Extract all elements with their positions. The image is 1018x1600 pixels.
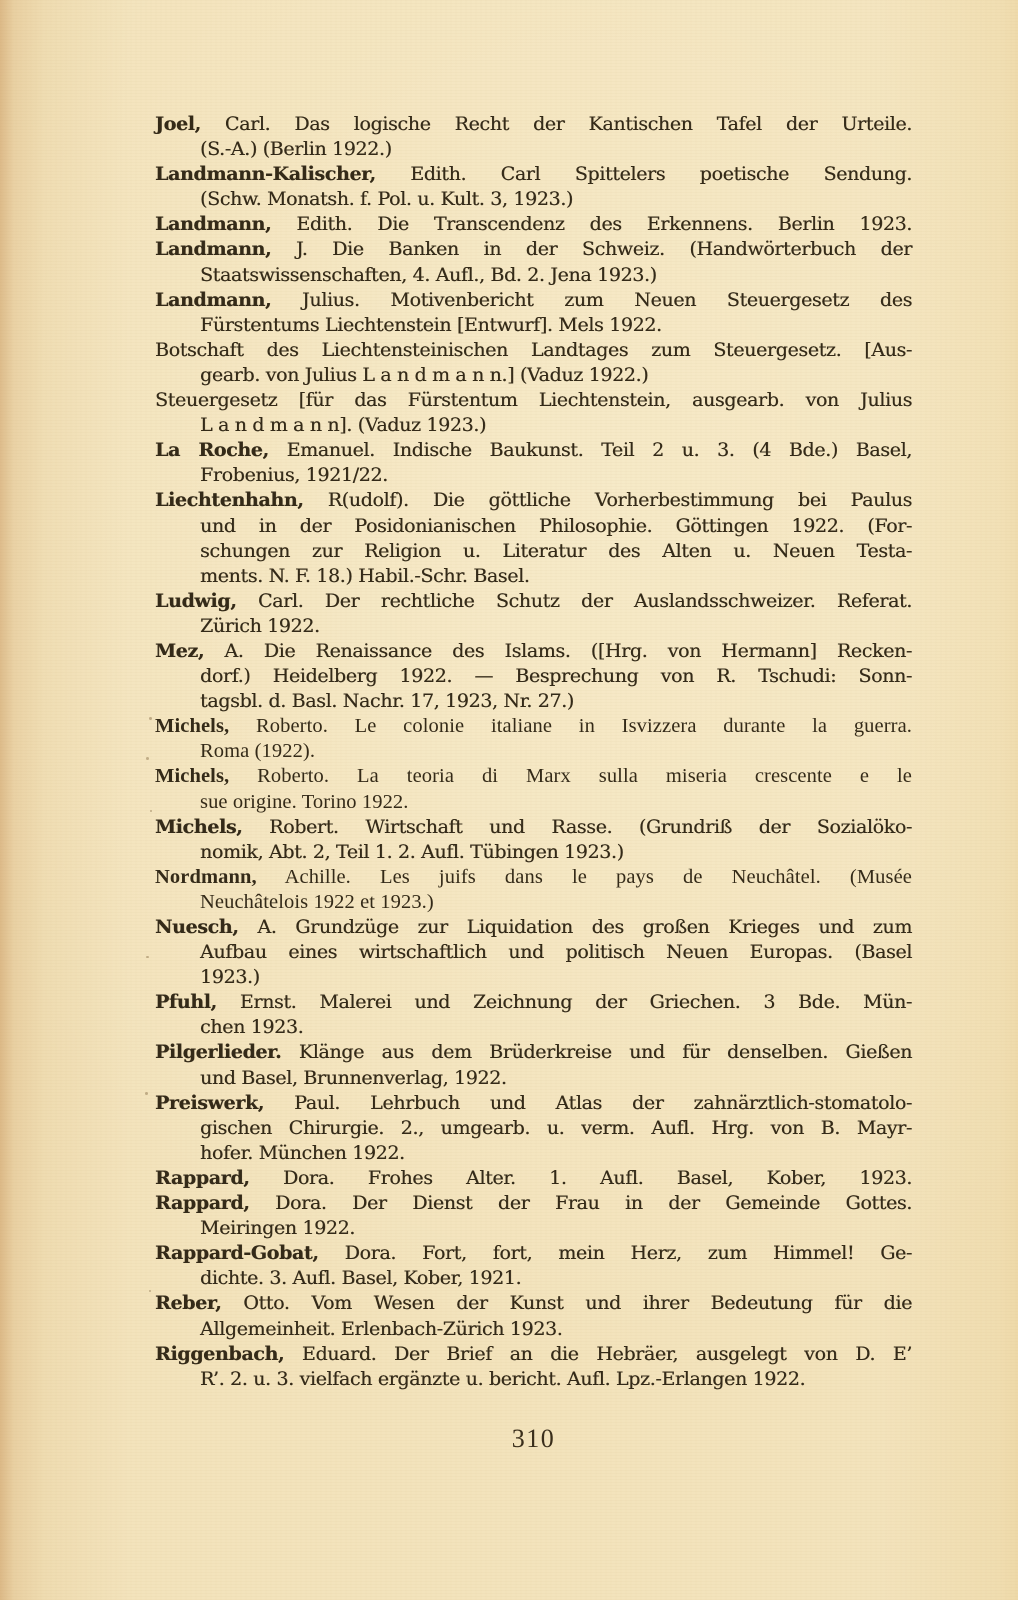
- entry-first-line: Michels, Roberto. La teoria di Marx sull…: [155, 764, 912, 789]
- entry-line: schungen zur Religion u. Literatur des A…: [155, 539, 912, 564]
- scan-speck: [150, 810, 152, 812]
- entry-first-line: Nuesch, A. Grundzüge zur Liquidation des…: [155, 915, 912, 940]
- bibliography-entry: La Roche, Emanuel. Indische Baukunst. Te…: [155, 438, 912, 488]
- entry-text: Carl. Der rechtliche Schutz der Auslands…: [236, 590, 912, 612]
- entry-first-line: Reber, Otto. Vom Wesen der Kunst und ihr…: [155, 1291, 912, 1316]
- bibliography-entry: Reber, Otto. Vom Wesen der Kunst und ihr…: [155, 1291, 912, 1341]
- scan-speck: [146, 956, 149, 958]
- entry-first-line: Rappard, Dora. Frohes Alter. 1. Aufl. Ba…: [155, 1166, 912, 1191]
- entry-author: Landmann-Kalischer,: [155, 163, 376, 185]
- entry-first-line: Pilgerlieder. Klänge aus dem Brüderkreis…: [155, 1040, 912, 1065]
- entry-text: Edith. Carl Spittelers poetische Sendung…: [376, 163, 912, 185]
- entry-author: Mez,: [155, 640, 204, 662]
- entry-first-line: Steuergesetz [für das Fürstentum Liechte…: [155, 388, 912, 413]
- entry-text: Klänge aus dem Brüderkreise und für dens…: [281, 1041, 912, 1063]
- bibliography-entry: Botschaft des Liechtensteinischen Landta…: [155, 338, 912, 388]
- entry-first-line: Landmann, Edith. Die Transcendenz des Er…: [155, 212, 912, 237]
- bibliography-entry: Landmann, J. Die Banken in der Schweiz. …: [155, 237, 912, 287]
- entry-text: Otto. Vom Wesen der Kunst und ihrer Bede…: [221, 1292, 912, 1314]
- entry-text: Roberto. La teoria di Marx sulla miseria…: [229, 765, 912, 787]
- entry-author: Rappard,: [155, 1167, 250, 1189]
- entry-first-line: Preiswerk, Paul. Lehrbuch und Atlas der …: [155, 1091, 912, 1116]
- entry-first-line: Landmann-Kalischer, Edith. Carl Spittele…: [155, 162, 912, 187]
- entry-first-line: Rappard-Gobat, Dora. Fort, fort, mein He…: [155, 1241, 912, 1266]
- bibliography-entry: Rappard-Gobat, Dora. Fort, fort, mein He…: [155, 1241, 912, 1291]
- bibliography-entry: Nuesch, A. Grundzüge zur Liquidation des…: [155, 915, 912, 990]
- entry-author: Pfuhl,: [155, 991, 217, 1013]
- entry-line: Aufbau eines wirtschaftlich und politisc…: [155, 940, 912, 965]
- entry-first-line: La Roche, Emanuel. Indische Baukunst. Te…: [155, 438, 912, 463]
- entry-text: Dora. Der Dienst der Frau in der Gemeind…: [250, 1192, 912, 1214]
- entry-author: Rappard,: [155, 1192, 250, 1214]
- scan-speck: [149, 717, 152, 720]
- bibliography-entry: Rappard, Dora. Der Dienst der Frau in de…: [155, 1191, 912, 1241]
- entry-line: L a n d m a n n]. (Vaduz 1923.): [155, 413, 912, 438]
- entry-text: Dora. Frohes Alter. 1. Aufl. Basel, Kobe…: [250, 1167, 912, 1189]
- entry-line: dichte. 3. Aufl. Basel, Kober, 1921.: [155, 1266, 912, 1291]
- bibliography-entry: Michels, Roberto. La teoria di Marx sull…: [155, 764, 912, 814]
- scan-speck: [149, 1290, 151, 1292]
- entry-line: sue origine. Torino 1922.: [155, 790, 912, 815]
- entry-first-line: Pfuhl, Ernst. Malerei und Zeichnung der …: [155, 990, 912, 1015]
- entry-author: Liechtenhahn,: [155, 489, 304, 511]
- entry-text: Dora. Fort, fort, mein Herz, zum Himmel!…: [319, 1242, 912, 1264]
- entry-author: La Roche,: [155, 439, 269, 461]
- entry-text: Emanuel. Indische Baukunst. Teil 2 u. 3.…: [269, 439, 912, 461]
- bibliography-list: Joel, Carl. Das logische Recht der Kanti…: [155, 112, 912, 1392]
- entry-line: Allgemeinheit. Erlenbach-Zürich 1923.: [155, 1317, 912, 1342]
- entry-author: Rappard-Gobat,: [155, 1242, 319, 1264]
- entry-first-line: Rappard, Dora. Der Dienst der Frau in de…: [155, 1191, 912, 1216]
- entry-first-line: Ludwig, Carl. Der rechtliche Schutz der …: [155, 589, 912, 614]
- entry-text: Carl. Das logische Recht der Kantischen …: [201, 113, 912, 135]
- bibliography-entry: Rappard, Dora. Frohes Alter. 1. Aufl. Ba…: [155, 1166, 912, 1191]
- entry-line: R’. 2. u. 3. vielfach ergänzte u. berich…: [155, 1367, 912, 1392]
- entry-text: A. Grundzüge zur Liquidation des großen …: [239, 916, 912, 938]
- entry-line: gearb. von Julius L a n d m a n n.] (Vad…: [155, 363, 912, 388]
- scanned-book-page: { "page": { "number": "310" }, "colors":…: [0, 0, 1018, 1600]
- entry-line: Frobenius, 1921/22.: [155, 463, 912, 488]
- entry-text: Paul. Lehrbuch und Atlas der zahnärztlic…: [264, 1092, 912, 1114]
- bibliography-entry: Preiswerk, Paul. Lehrbuch und Atlas der …: [155, 1091, 912, 1166]
- entry-author: Michels,: [155, 715, 229, 737]
- entry-first-line: Liechtenhahn, R(udolf). Die göttliche Vo…: [155, 488, 912, 513]
- bibliography-entry: Liechtenhahn, R(udolf). Die göttliche Vo…: [155, 488, 912, 588]
- entry-text: Edith. Die Transcendenz des Erkennens. B…: [271, 213, 912, 235]
- entry-author: Joel,: [155, 113, 201, 135]
- entry-author: Preiswerk,: [155, 1092, 264, 1114]
- bibliography-entry: Mez, A. Die Renaissance des Islams. ([Hr…: [155, 639, 912, 714]
- entry-line: Fürstentums Liechtenstein [Entwurf]. Mel…: [155, 313, 912, 338]
- entry-line: ments. N. F. 18.) Habil.-Schr. Basel.: [155, 564, 912, 589]
- entry-first-line: Landmann, Julius. Motivenbericht zum Neu…: [155, 288, 912, 313]
- entry-line: Roma (1922).: [155, 739, 912, 764]
- entry-line: Meiringen 1922.: [155, 1216, 912, 1241]
- entry-line: nomik, Abt. 2, Teil 1. 2. Aufl. Tübingen…: [155, 840, 912, 865]
- entry-author: Riggenbach,: [155, 1343, 284, 1365]
- bibliography-entry: Landmann-Kalischer, Edith. Carl Spittele…: [155, 162, 912, 212]
- entry-text: J. Die Banken in der Schweiz. (Handwörte…: [271, 238, 912, 260]
- entry-text: Julius. Motivenbericht zum Neuen Steuerg…: [271, 289, 912, 311]
- entry-text: Ernst. Malerei und Zeichnung der Grieche…: [217, 991, 912, 1013]
- bibliography-entry: Riggenbach, Eduard. Der Brief an die Heb…: [155, 1342, 912, 1392]
- entry-first-line: Joel, Carl. Das logische Recht der Kanti…: [155, 112, 912, 137]
- bibliography-entry: Pfuhl, Ernst. Malerei und Zeichnung der …: [155, 990, 912, 1040]
- entry-text: Botschaft des Liechtensteinischen Landta…: [155, 339, 912, 361]
- entry-line: Staatswissenschaften, 4. Aufl., Bd. 2. J…: [155, 263, 912, 288]
- bibliography-entry: Nordmann, Achille. Les juifs dans le pay…: [155, 865, 912, 915]
- entry-author: Nordmann,: [155, 866, 257, 888]
- entry-text: Roberto. Le colonie italiane in Isvizzer…: [229, 715, 912, 737]
- entry-author: Reber,: [155, 1292, 221, 1314]
- entry-first-line: Michels, Robert. Wirtschaft und Rasse. (…: [155, 815, 912, 840]
- entry-first-line: Botschaft des Liechtensteinischen Landta…: [155, 338, 912, 363]
- bibliography-entry: Pilgerlieder. Klänge aus dem Brüderkreis…: [155, 1040, 912, 1090]
- bibliography-entry: Michels, Roberto. Le colonie italiane in…: [155, 714, 912, 764]
- entry-line: Zürich 1922.: [155, 614, 912, 639]
- bibliography-entry: Steuergesetz [für das Fürstentum Liechte…: [155, 388, 912, 438]
- scan-speck: [145, 1092, 148, 1095]
- entry-author: Nuesch,: [155, 916, 239, 938]
- entry-author: Ludwig,: [155, 590, 236, 612]
- entry-text: Eduard. Der Brief an die Hebräer, ausgel…: [284, 1343, 912, 1365]
- scan-speck: [146, 757, 149, 760]
- entry-text: Steuergesetz [für das Fürstentum Liechte…: [155, 389, 912, 411]
- entry-line: hofer. München 1922.: [155, 1141, 912, 1166]
- entry-line: Neuchâtelois 1922 et 1923.): [155, 890, 912, 915]
- entry-line: gischen Chirurgie. 2., umgearb. u. verm.…: [155, 1116, 912, 1141]
- entry-line: tagsbl. d. Basl. Nachr. 17, 1923, Nr. 27…: [155, 689, 912, 714]
- entry-line: (S.-A.) (Berlin 1922.): [155, 137, 912, 162]
- entry-line: dorf.) Heidelberg 1922. — Besprechung vo…: [155, 664, 912, 689]
- entry-first-line: Riggenbach, Eduard. Der Brief an die Heb…: [155, 1342, 912, 1367]
- entry-author: Pilgerlieder.: [155, 1041, 281, 1063]
- entry-line: 1923.): [155, 965, 912, 990]
- entry-line: chen 1923.: [155, 1015, 912, 1040]
- entry-author: Landmann,: [155, 289, 271, 311]
- entry-text: A. Die Renaissance des Islams. ([Hrg. vo…: [204, 640, 912, 662]
- bibliography-entry: Michels, Robert. Wirtschaft und Rasse. (…: [155, 815, 912, 865]
- entry-author: Landmann,: [155, 238, 271, 260]
- entry-line: und in der Posidonianischen Philosophie.…: [155, 514, 912, 539]
- entry-first-line: Nordmann, Achille. Les juifs dans le pay…: [155, 865, 912, 890]
- page-number: 310: [155, 1424, 912, 1454]
- entry-author: Michels,: [155, 816, 242, 838]
- entry-text: R(udolf). Die göttliche Vorherbestimmung…: [304, 489, 912, 511]
- entry-text: Achille. Les juifs dans le pays de Neuch…: [257, 866, 912, 888]
- entry-line: (Schw. Monatsh. f. Pol. u. Kult. 3, 1923…: [155, 187, 912, 212]
- entry-author: Michels,: [155, 765, 229, 787]
- entry-first-line: Landmann, J. Die Banken in der Schweiz. …: [155, 237, 912, 262]
- bibliography-entry: Joel, Carl. Das logische Recht der Kanti…: [155, 112, 912, 162]
- entry-author: Landmann,: [155, 213, 271, 235]
- entry-text: Robert. Wirtschaft und Rasse. (Grundriß …: [242, 816, 912, 838]
- bibliography-entry: Landmann, Julius. Motivenbericht zum Neu…: [155, 288, 912, 338]
- entry-first-line: Mez, A. Die Renaissance des Islams. ([Hr…: [155, 639, 912, 664]
- bibliography-entry: Ludwig, Carl. Der rechtliche Schutz der …: [155, 589, 912, 639]
- entry-line: und Basel, Brunnenverlag, 1922.: [155, 1066, 912, 1091]
- entry-first-line: Michels, Roberto. Le colonie italiane in…: [155, 714, 912, 739]
- bibliography-entry: Landmann, Edith. Die Transcendenz des Er…: [155, 212, 912, 237]
